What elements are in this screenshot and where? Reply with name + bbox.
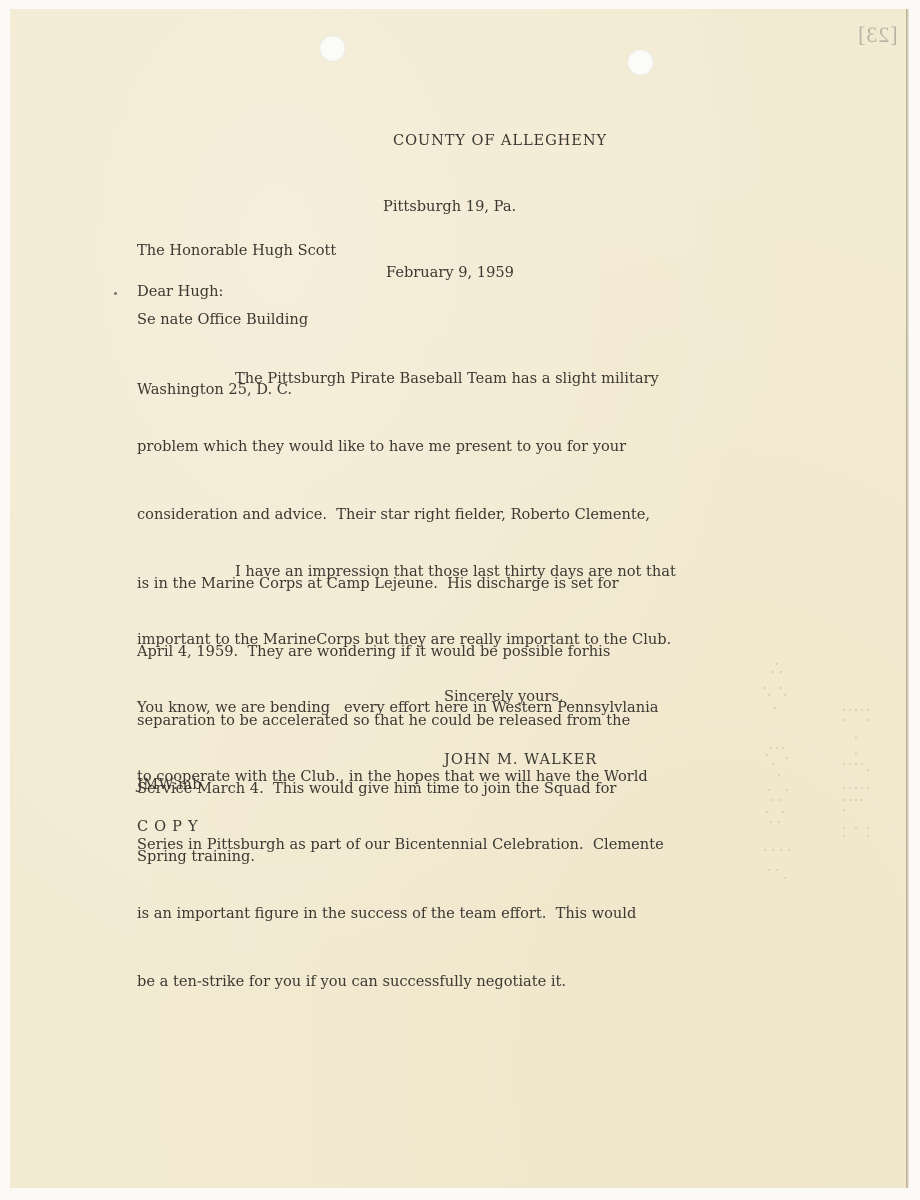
copy-mark: COPY: [137, 816, 204, 839]
paragraph-1-line: problem which they would like to have me…: [137, 436, 659, 459]
paragraph-2-line: be a ten-strike for you if you can succe…: [137, 971, 676, 994]
perforation-pattern-right: [843, 709, 883, 849]
complimentary-close: Sincerely yours,: [444, 686, 564, 709]
addressee-name: The Honorable Hugh Scott: [137, 239, 336, 262]
paragraph-2-line: I have an impression that those last thi…: [137, 561, 676, 584]
perforation-pattern-left: [758, 659, 798, 889]
signature-name: JOHN M. WALKER: [444, 749, 597, 772]
hole-punch-right: [627, 49, 654, 76]
paragraph-2-line: important to the MarineCorps but they ar…: [137, 629, 676, 652]
paragraph-2-line: is an important figure in the success of…: [137, 903, 676, 926]
paper-speck: [567, 905, 569, 907]
paragraph-2-line: Series in Pittsburgh as part of our Bice…: [137, 834, 676, 857]
letter-date: February 9, 1959: [383, 262, 607, 284]
archive-stamp: [23]: [857, 22, 898, 48]
hole-punch-left: [319, 35, 346, 62]
reference-initials: JMW:mb: [137, 774, 202, 797]
paragraph-1-line: The Pittsburgh Pirate Baseball Team has …: [137, 368, 659, 391]
paragraph-2-line: You know, we are bending every effort he…: [137, 697, 676, 720]
body-paragraph-2: I have an impression that those last thi…: [137, 515, 676, 1039]
letterhead: COUNTY OF ALLEGHENY Pittsburgh 19, Pa. F…: [383, 86, 607, 328]
letterhead-city: Pittsburgh 19, Pa.: [383, 196, 607, 218]
margin-mark: [114, 292, 117, 295]
letter-page: [23] COUNTY OF ALLEGHENY Pittsburgh 19, …: [10, 9, 907, 1188]
salutation: Dear Hugh:: [137, 281, 223, 304]
letterhead-organization: COUNTY OF ALLEGHENY: [383, 130, 607, 152]
